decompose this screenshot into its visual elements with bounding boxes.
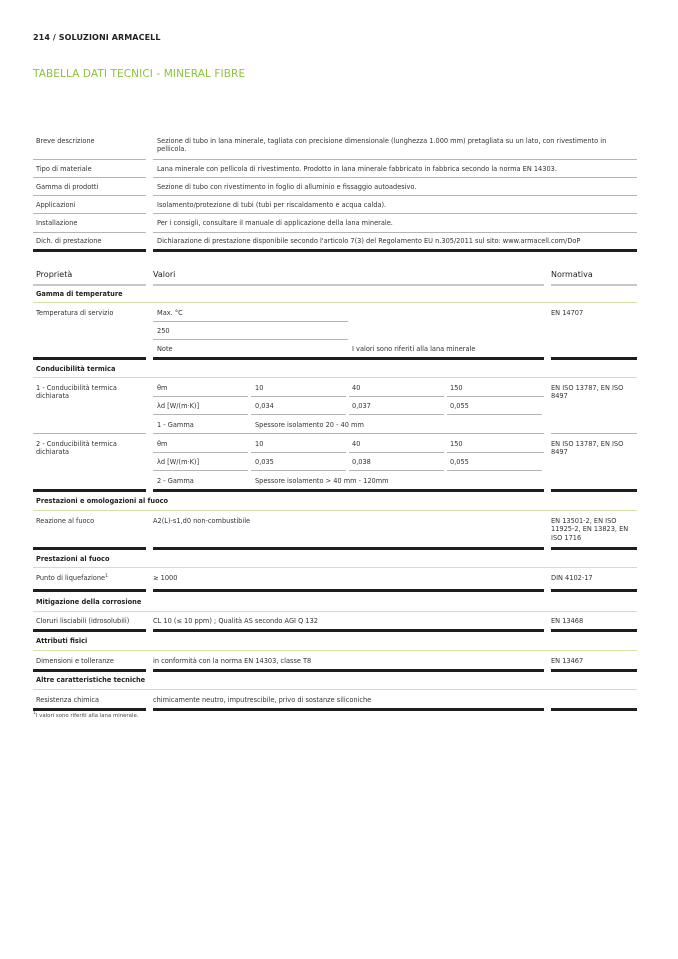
header-values: Valori: [153, 270, 175, 279]
standard-value: EN 13467: [551, 657, 583, 665]
overview-value: Dichiarazione di prestazione disponibile…: [157, 237, 580, 245]
lambda-label: λd [W/(m·K)]: [157, 458, 199, 466]
overview-value: Sezione di tubo in lana minerale, taglia…: [157, 137, 637, 154]
standard-value: EN ISO 13787, EN ISO 8497: [551, 440, 637, 457]
property-label: Resistenza chimica: [36, 696, 99, 704]
theta-value: 150: [450, 384, 463, 392]
standard-value: EN 13501-2, EN ISO 11925-2, EN 13823, EN…: [551, 517, 637, 542]
lambda-value: 0,034: [255, 402, 274, 410]
section-title-corrosion: Mitigazione della corrosione: [36, 598, 141, 606]
overview-label: Breve descrizione: [36, 137, 95, 145]
overview-label: Tipo di materiale: [36, 165, 92, 173]
section-title-physical: Attributi fisici: [36, 637, 87, 645]
overview-label: Installazione: [36, 219, 77, 227]
lambda-value: 0,035: [255, 458, 274, 466]
value: chimicamente neutro, imputrescibile, pri…: [153, 696, 371, 704]
theta-label: θm: [157, 440, 167, 448]
overview-value: Isolamento/protezione di tubi (tubi per …: [157, 201, 386, 209]
property-label: Reazione al fuoco: [36, 517, 94, 525]
header-property: Proprietà: [36, 270, 72, 279]
property-label: Cloruri lisciabili (idrosolubili): [36, 617, 129, 625]
range-label: 2 - Gamma: [157, 477, 194, 485]
section-title-fire: Prestazioni e omologazioni al fuoco: [36, 497, 168, 505]
overview-value: Lana minerale con pellicola di rivestime…: [157, 165, 557, 173]
page-title: TABELLA DATI TECNICI - MINERAL FIBRE: [33, 68, 245, 80]
property-label: 2 - Conducibilità termica dichiarata: [36, 440, 136, 457]
property-label: Punto di liquefazione1: [36, 574, 108, 582]
lambda-value: 0,038: [352, 458, 371, 466]
theta-value: 150: [450, 440, 463, 448]
theta-value: 40: [352, 384, 360, 392]
value: CL 10 (≤ 10 ppm) ; Qualità AS secondo AG…: [153, 617, 318, 625]
overview-label: Applicazioni: [36, 201, 76, 209]
range-label: 1 - Gamma: [157, 421, 194, 429]
range-value: Spessore isolamento > 40 mm - 120mm: [255, 477, 389, 485]
property-label: 1 - Conducibilità termica dichiarata: [36, 384, 136, 401]
note-value: I valori sono riferiti alla lana mineral…: [352, 345, 475, 353]
footnote-mark: 1: [105, 574, 108, 579]
note-label: Note: [157, 345, 173, 353]
overview-value: Per i consigli, consultare il manuale di…: [157, 219, 393, 227]
footnote: 1I valori sono riferiti alla lana minera…: [33, 713, 138, 719]
standard-value: EN 14707: [551, 309, 583, 317]
lambda-value: 0,055: [450, 402, 469, 410]
value: ≥ 1000: [153, 574, 177, 582]
theta-value: 10: [255, 440, 263, 448]
value: A2(L)-s1,d0 non-combustibile: [153, 517, 250, 525]
header-standard: Normativa: [551, 270, 593, 279]
lambda-label: λd [W/(m·K)]: [157, 402, 199, 410]
theta-label: θm: [157, 384, 167, 392]
overview-label: Gamma di prodotti: [36, 183, 98, 191]
property-label: Temperatura di servizio: [36, 309, 113, 317]
theta-value: 10: [255, 384, 263, 392]
standard-value: EN ISO 13787, EN ISO 8497: [551, 384, 637, 401]
property-label: Dimensioni e tolleranze: [36, 657, 114, 665]
overview-label: Dich. di prestazione: [36, 237, 101, 245]
standard-value: DIN 4102-17: [551, 574, 593, 582]
value: 250: [157, 327, 170, 335]
section-title-fire-performance: Prestazioni al fuoco: [36, 555, 110, 563]
section-title-conductivity: Conducibilità termica: [36, 365, 115, 373]
page-header: 214 / SOLUZIONI ARMACELL: [33, 33, 161, 42]
section-title-other: Altre caratteristiche tecniche: [36, 676, 145, 684]
range-value: Spessore isolamento 20 - 40 mm: [255, 421, 364, 429]
theta-value: 40: [352, 440, 360, 448]
section-title-temperature: Gamma di temperature: [36, 290, 123, 298]
lambda-value: 0,037: [352, 402, 371, 410]
overview-value: Sezione di tubo con rivestimento in fogl…: [157, 183, 416, 191]
standard-value: EN 13468: [551, 617, 583, 625]
value-label: Max. °C: [157, 309, 183, 317]
value: in conformità con la norma EN 14303, cla…: [153, 657, 311, 665]
lambda-value: 0,055: [450, 458, 469, 466]
